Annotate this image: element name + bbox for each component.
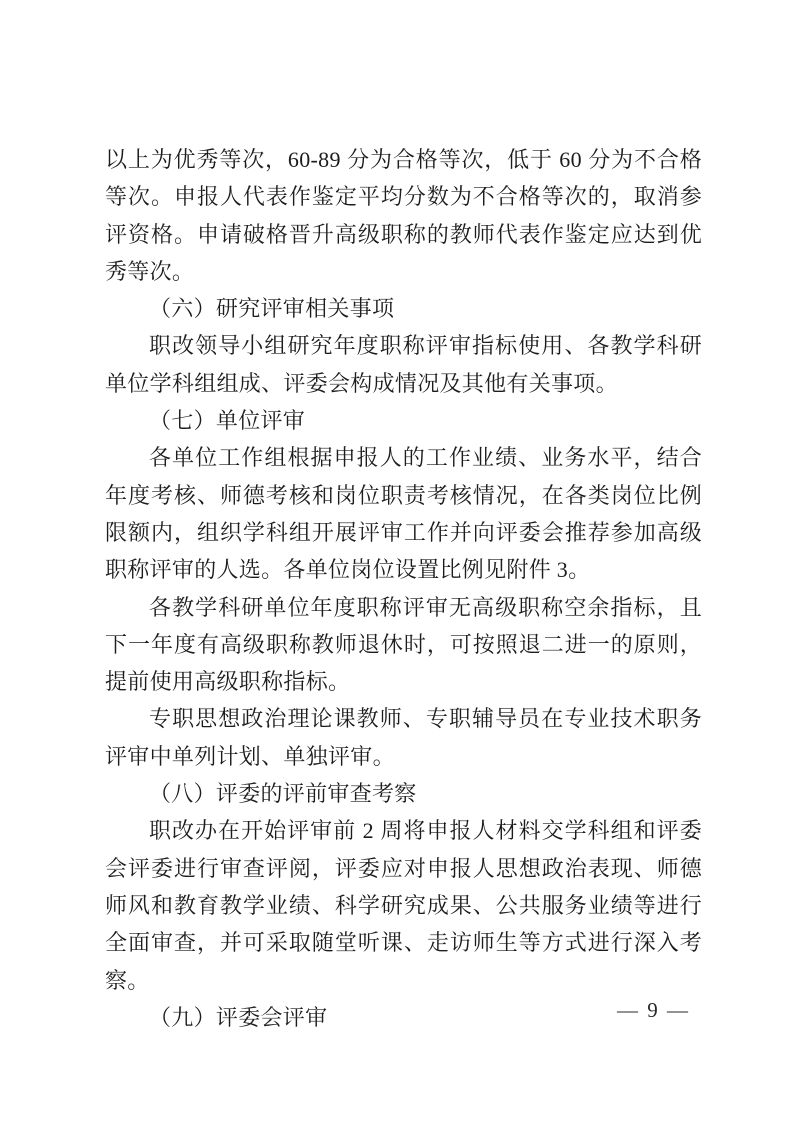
paragraph: 职改办在开始评审前 2 周将申报人材料交学科组和评委会评委进行审查评阅，评委应对…	[105, 812, 702, 998]
paragraph: 专职思想政治理论课教师、专职辅导员在专业技术职务评审中单列计划、单独评审。	[105, 700, 702, 775]
page-footer: — 9 —	[0, 997, 793, 1023]
document-body: 以上为优秀等次，60-89 分为合格等次，低于 60 分为不合格等次。申报人代表…	[105, 141, 702, 1036]
document-page: 以上为优秀等次，60-89 分为合格等次，低于 60 分为不合格等次。申报人代表…	[0, 0, 793, 1122]
paragraph: 各单位工作组根据申报人的工作业绩、业务水平，结合年度考核、师德考核和岗位职责考核…	[105, 439, 702, 588]
section-heading-6: （六）研究评审相关事项	[105, 290, 702, 327]
paragraph: 各教学科研单位年度职称评审无高级职称空余指标，且下一年度有高级职称教师退休时，可…	[105, 589, 702, 701]
page-number: — 9 —	[617, 997, 690, 1023]
paragraph: 职改领导小组研究年度职称评审指标使用、各教学科研单位学科组组成、评委会构成情况及…	[105, 327, 702, 402]
section-heading-8: （八）评委的评前审查考察	[105, 775, 702, 812]
paragraph-continuation: 以上为优秀等次，60-89 分为合格等次，低于 60 分为不合格等次。申报人代表…	[105, 141, 702, 290]
section-heading-7: （七）单位评审	[105, 402, 702, 439]
